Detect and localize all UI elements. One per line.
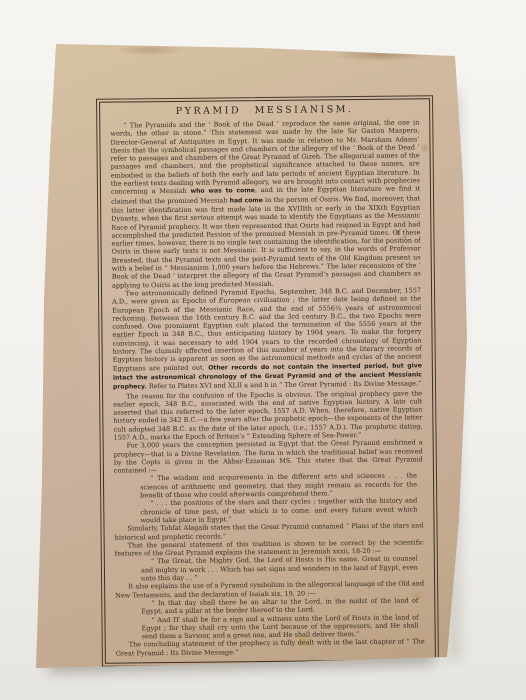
body-paragraph: The concluding statement of the prophecy… [116,638,425,658]
text-run: For 3,000 years the conception persisted… [114,439,423,475]
body-paragraph: Two astronomically defined Pyramid Epoch… [112,286,422,392]
text-run: attempt was made to identify the Egyptia… [111,212,421,290]
text-frame-outer-rule: PYRAMID MESSIANISM. “ The Pyramids and t… [96,95,439,666]
italic-run: serious [190,214,214,222]
text-run: “ The wisdom and acquirements in the dif… [140,472,417,499]
body-paragraph: “ The Pyramids and the ‘ Book of the Dea… [110,118,421,289]
quote-paragraph: “ . . . the positions of the stars and t… [140,497,417,525]
text-block: “ The Pyramids and the ‘ Book of the Dea… [110,118,425,657]
quote-paragraph: “ The wisdom and acquirements in the dif… [140,472,417,500]
printer-credit: Printed by Knight & Forster, Ltd., Water… [102,669,439,680]
photo-backdrop: PYRAMID MESSIANISM. “ The Pyramids and t… [0,0,526,700]
text-run: “ The Great, the Mighty God, the Lord of… [141,555,418,582]
italic-run: European [219,296,251,304]
quote-paragraph: “ The Great, the Mighty God, the Lord of… [141,555,418,583]
bold-run: had come [230,197,263,204]
page-title: PYRAMID MESSIANISM. [110,103,419,117]
bold-run: who was to come [190,187,254,195]
text-run: “ And IT shall be for a sign and a witne… [142,613,419,640]
body-paragraph: The reason for the confusion of the Epoc… [113,389,423,442]
text-run: The concluding statement of the prophecy… [116,638,425,658]
italic-run: i.e. [296,423,306,431]
text-run: civilisation ; the latter date being def… [112,295,422,373]
quote-paragraph: “ And IT shall be for a sign and a witne… [141,613,418,641]
printed-content: PYRAMID MESSIANISM. “ The Pyramids and t… [96,95,439,679]
text-frame-inner-rule: PYRAMID MESSIANISM. “ The Pyramids and t… [99,98,436,663]
pamphlet-page: PYRAMID MESSIANISM. “ The Pyramids and t… [0,0,526,700]
text-run: “ . . . the positions of the stars and t… [140,497,417,524]
body-paragraph: For 3,000 years the conception persisted… [114,439,423,475]
